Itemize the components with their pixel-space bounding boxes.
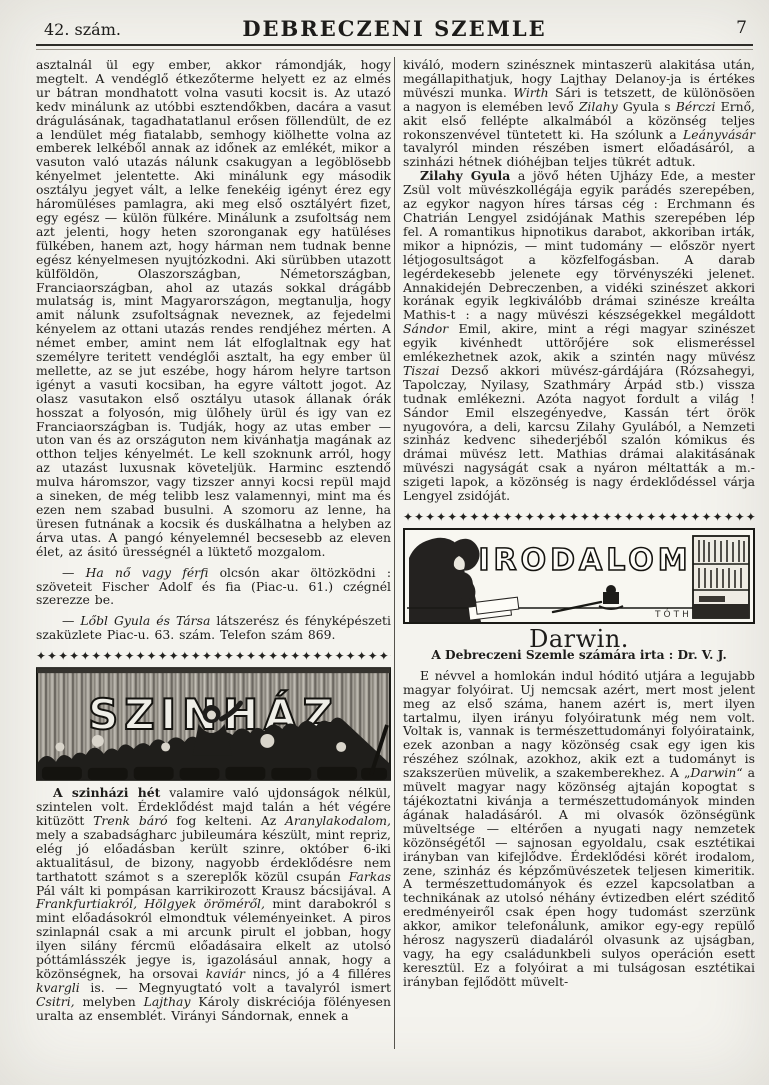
artist-signature: TÓTH (654, 608, 692, 620)
irodalom-illustration: IRODALOM TÓTH (403, 528, 755, 624)
darwin-article-heading: Darwin. (403, 633, 755, 647)
darwin-article-text: E névvel a homlokán indul hóditó utjára … (403, 669, 755, 989)
masthead: 42. szám. DEBRECZENI SZEMLE 7 (36, 14, 753, 44)
theatre-review-continuation-text: kiváló, modern szinésznek mintaszerü ala… (403, 58, 755, 169)
szinhaz-illustration: SZINHÁZ (36, 667, 391, 781)
travel-article-text: asztalnál ül egy ember, akkor rámondják,… (36, 58, 391, 559)
masthead-rule (36, 44, 753, 50)
left-column: asztalnál ül egy ember, akkor rámondják,… (36, 58, 391, 1023)
diamond-ornament-row: ✦✦✦✦✦✦✦✦✦✦✦✦✦✦✦✦✦✦✦✦✦✦✦✦✦✦✦✦✦✦✦✦✦✦ (36, 649, 391, 663)
page-number: 7 (736, 18, 747, 38)
irodalom-caption-text: IRODALOM (478, 543, 691, 578)
diamond-ornament-row: ✦✦✦✦✦✦✦✦✦✦✦✦✦✦✦✦✦✦✦✦✦✦✦✦✦✦✦✦✦✦✦✦✦✦ (403, 510, 755, 524)
paper-title: DEBRECZENI SZEMLE (36, 16, 753, 41)
classified-ad-lobl: — Lőbl Gyula és Társa látszerész és fény… (36, 614, 391, 642)
zilahy-gyula-paragraph-text: Zilahy Gyula a jövő héten Ujházy Ede, a … (403, 169, 755, 503)
column-divider (394, 57, 395, 1049)
classified-ad-fischer: — Ha nő vagy férfi olcsón akar öltözködn… (36, 566, 391, 608)
newspaper-page: { "page": {"paper_color": "#f4f3ee", "in… (0, 0, 769, 1085)
classified-ads: — Ha nő vagy férfi olcsón akar öltözködn… (36, 566, 391, 643)
darwin-article-byline: A Debreczeni Szemle számára irta : Dr. V… (403, 649, 755, 663)
theatre-week-review-text: A szinházi hét valamire való ujdonságok … (36, 786, 391, 1022)
bookshelf (693, 536, 749, 618)
right-column: kiváló, modern szinésznek mintaszerü ala… (403, 58, 755, 989)
